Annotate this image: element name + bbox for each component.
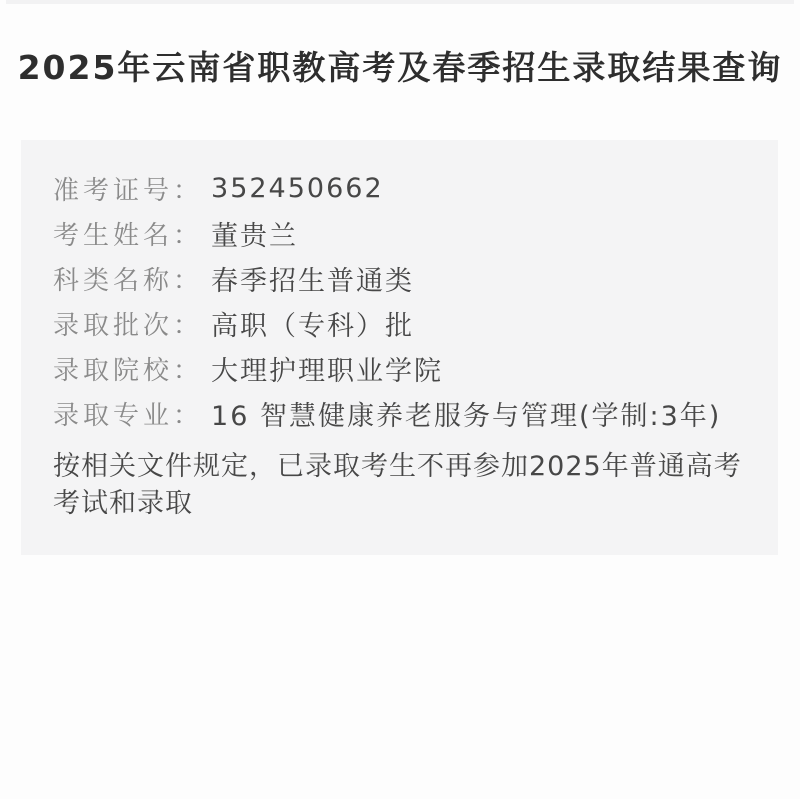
page-title: 2025年云南省职教高考及春季招生录取结果查询	[0, 0, 800, 96]
field-label: 科类名称：	[53, 260, 203, 297]
field-label: 准考证号：	[53, 170, 203, 207]
field-label: 录取院校：	[53, 350, 203, 387]
field-value: 16 智慧健康养老服务与管理(学制:3年)	[211, 394, 721, 433]
field-row-exam-number: 准考证号： 352450662	[53, 166, 750, 211]
field-label: 录取专业：	[53, 395, 203, 432]
top-divider	[6, 0, 794, 4]
field-value: 大理护理职业学院	[211, 349, 443, 388]
field-label: 录取批次：	[53, 305, 203, 342]
field-value: 董贵兰	[211, 214, 298, 253]
field-value: 352450662	[211, 173, 384, 204]
field-row-category-name: 科类名称： 春季招生普通类	[53, 256, 750, 301]
field-value: 高职（专科）批	[211, 304, 414, 343]
field-row-candidate-name: 考生姓名： 董贵兰	[53, 211, 750, 256]
field-value: 春季招生普通类	[211, 259, 414, 298]
field-row-admission-college: 录取院校： 大理护理职业学院	[53, 346, 750, 391]
field-row-admission-major: 录取专业： 16 智慧健康养老服务与管理(学制:3年)	[53, 391, 750, 436]
field-label: 考生姓名：	[53, 215, 203, 252]
result-card: 准考证号： 352450662 考生姓名： 董贵兰 科类名称： 春季招生普通类 …	[21, 140, 778, 555]
results-page: 2025年云南省职教高考及春季招生录取结果查询 准考证号： 352450662 …	[0, 0, 800, 799]
field-row-admission-batch: 录取批次： 高职（专科）批	[53, 301, 750, 346]
notice-text: 按相关文件规定，已录取考生不再参加2025年普通高考考试和录取	[53, 448, 750, 522]
